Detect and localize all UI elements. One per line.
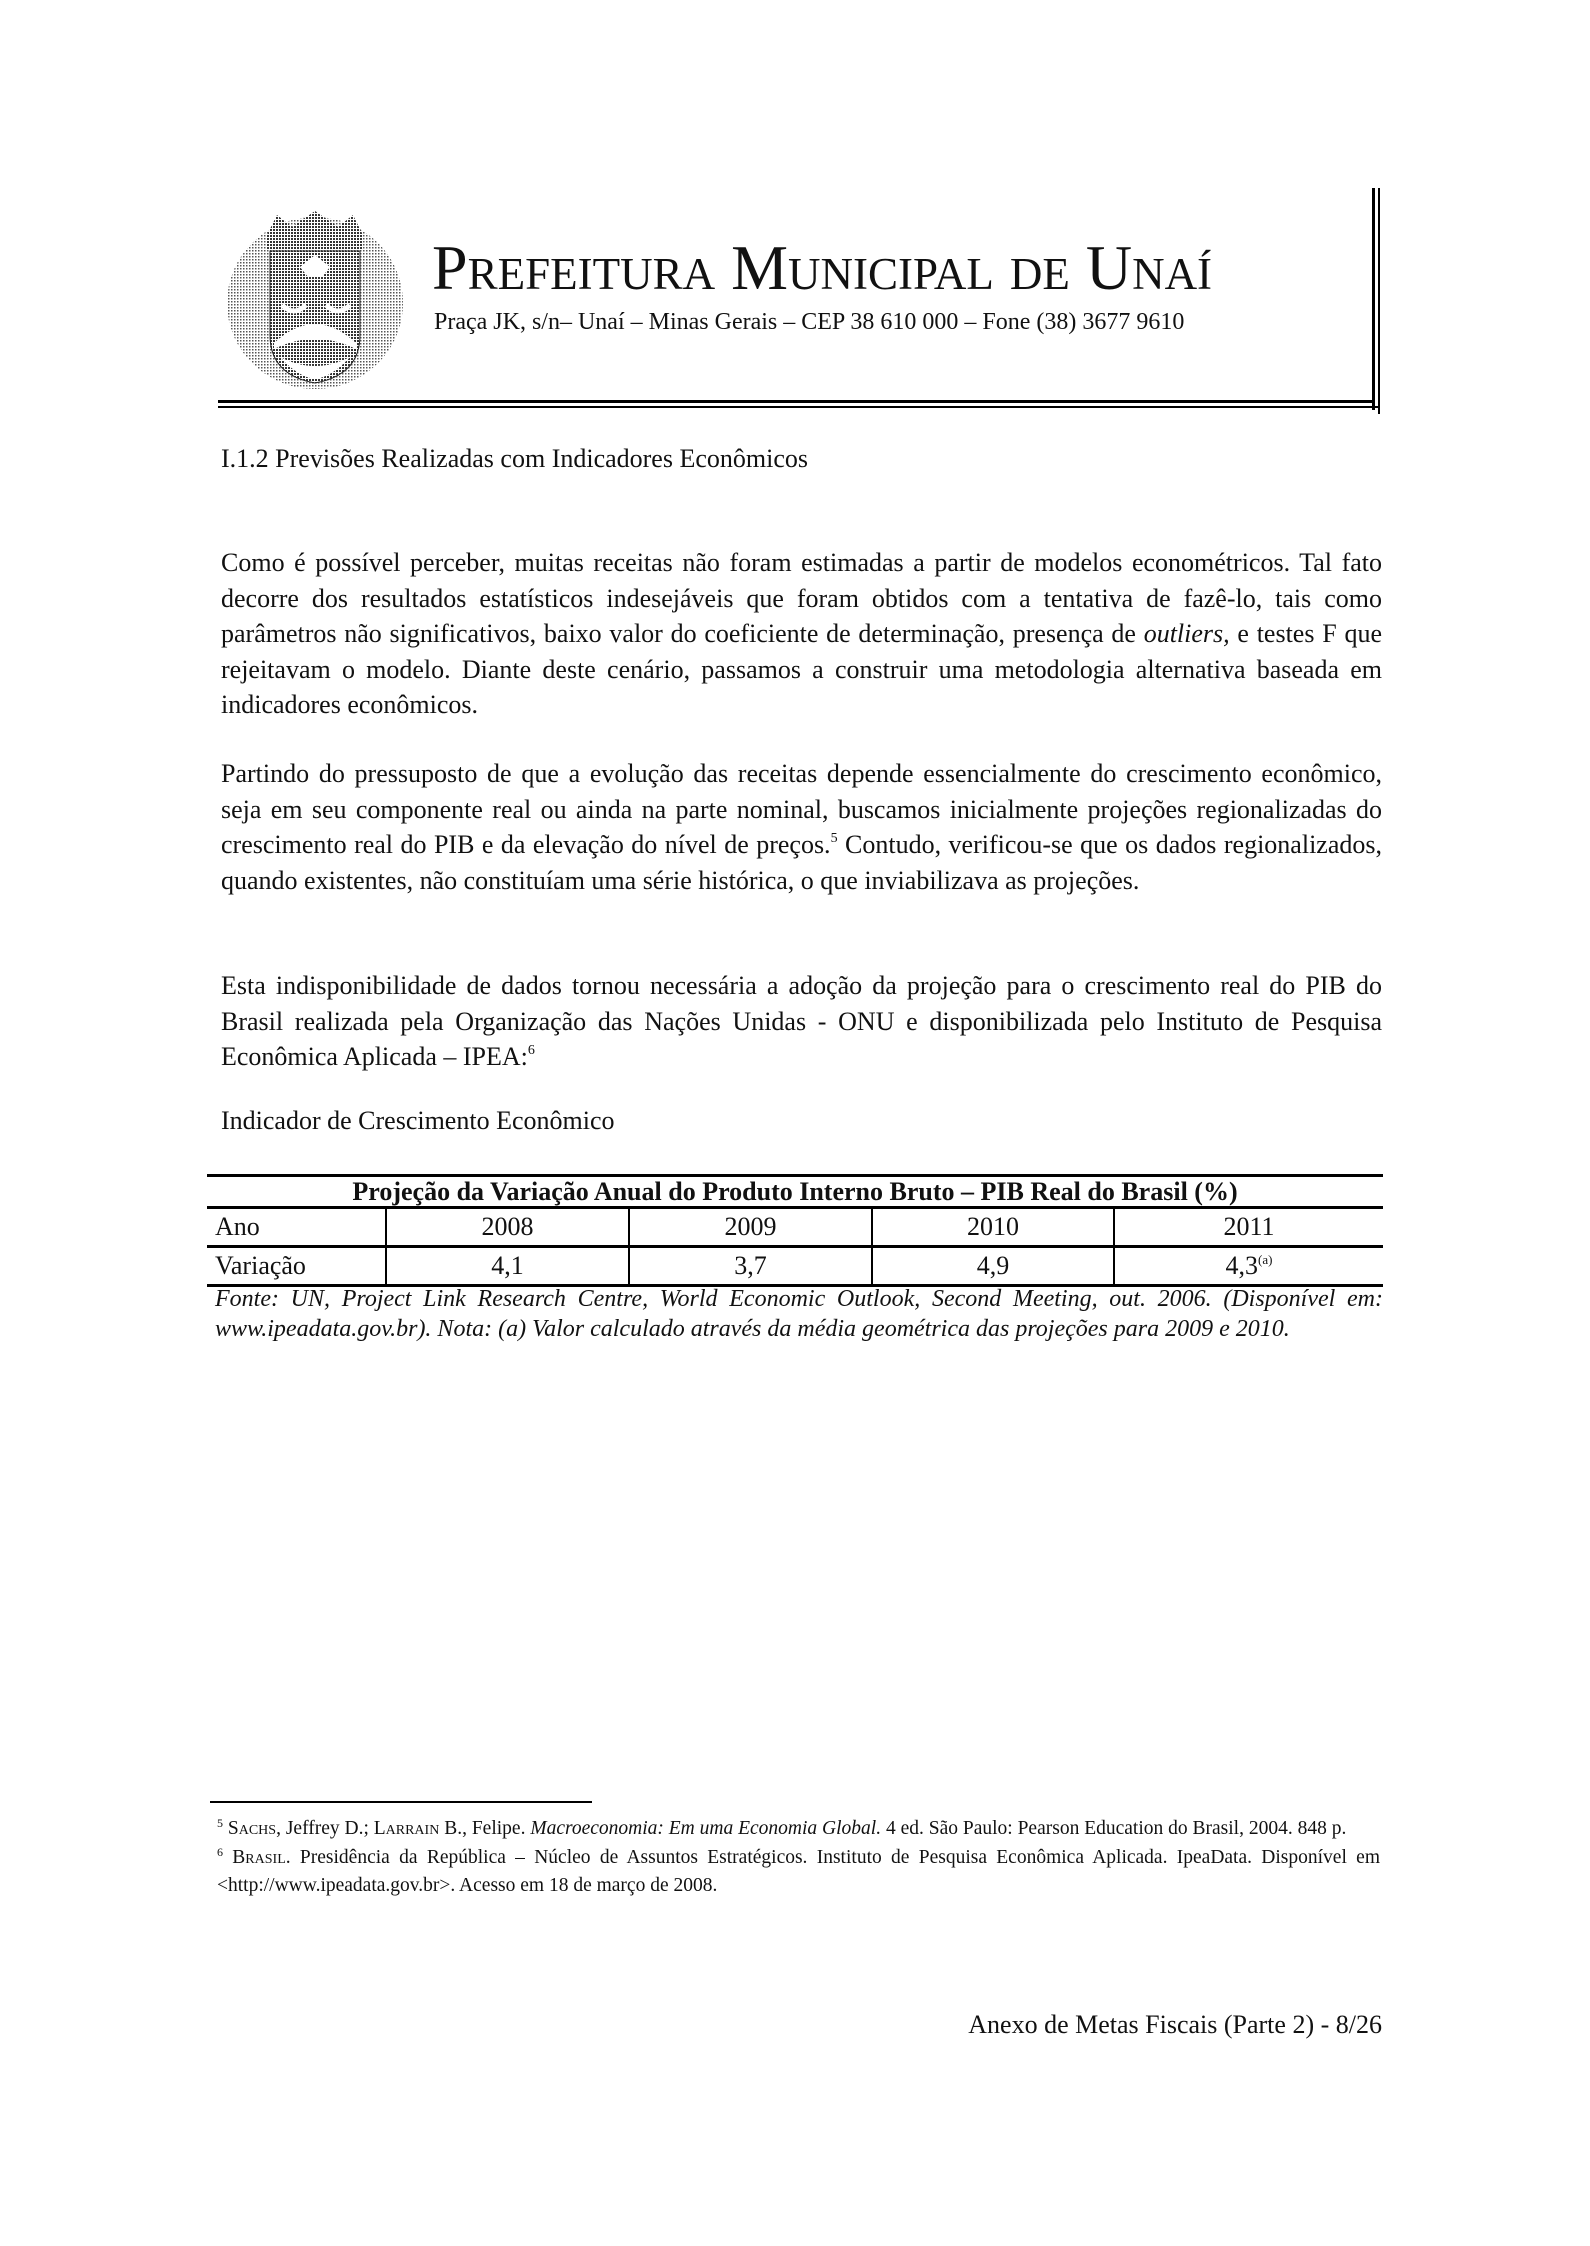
footnote-book-title: Macroeconomia: Em uma Economia Global. — [530, 1818, 881, 1839]
paragraph-data-source: Esta indisponibilidade de dados tornou n… — [221, 968, 1382, 1075]
footnote-text: 4 ed. São Paulo: Pearson Education do Br… — [881, 1818, 1346, 1839]
footnote-number: 6 — [217, 1845, 223, 1859]
paragraph-assumption: Partindo do pressuposto de que a evoluçã… — [221, 756, 1382, 898]
value-text: 4,1 — [491, 1251, 524, 1280]
table-cell-value: 4,9 — [872, 1247, 1114, 1286]
footnote-5: 5 Sachs, Jeffrey D.; Larrain B., Felipe.… — [217, 1815, 1380, 1844]
value-text: 4,9 — [977, 1251, 1010, 1280]
header-border-right — [1372, 188, 1375, 410]
table-cell-year: 2008 — [386, 1208, 629, 1247]
header-border-right-outer — [1378, 188, 1380, 414]
table-title-row: Projeção da Variação Anual do Produto In… — [207, 1176, 1383, 1208]
paragraph-methodology: Como é possível perceber, muitas receita… — [221, 545, 1382, 723]
footnote-author: Larrain — [374, 1818, 440, 1839]
table-cell-value: 4,1 — [386, 1247, 629, 1286]
footnote-6: 6 Brasil. Presidência da República – Núc… — [217, 1844, 1380, 1901]
footnote-author: Brasil — [232, 1847, 285, 1868]
table-cell-year: 2010 — [872, 1208, 1114, 1247]
header-border-bottom — [218, 400, 1375, 403]
organization-address: Praça JK, s/n– Unaí – Minas Gerais – CEP… — [434, 310, 1184, 334]
paragraph-italic-term: outliers, — [1144, 619, 1230, 648]
footnote-ref[interactable]: 6 — [528, 1043, 535, 1058]
row-header-variation: Variação — [207, 1247, 386, 1286]
footnote-text: , Jeffrey D.; — [276, 1818, 374, 1839]
table-cell-year: 2011 — [1114, 1208, 1383, 1247]
footnote-separator — [210, 1801, 592, 1803]
row-header-year: Ano — [207, 1208, 386, 1247]
footnotes: 5 Sachs, Jeffrey D.; Larrain B., Felipe.… — [217, 1815, 1380, 1901]
table-title: Projeção da Variação Anual do Produto In… — [207, 1176, 1383, 1208]
table-note-marker: (a) — [1258, 1252, 1272, 1267]
footnote-number: 5 — [217, 1816, 223, 1830]
footnote-text: B., Felipe. — [439, 1818, 530, 1839]
table-row-year: Ano 2008 2009 2010 2011 — [207, 1208, 1383, 1247]
table-cell-year: 2009 — [629, 1208, 872, 1247]
table-row-variation: Variação 4,1 3,7 4,9 4,3(a) — [207, 1247, 1383, 1286]
table-source-note: Fonte: UN, Project Link Research Centre,… — [215, 1284, 1383, 1344]
table-cell-value: 4,3(a) — [1114, 1247, 1383, 1286]
value-text: 4,3 — [1226, 1251, 1259, 1280]
indicator-label: Indicador de Crescimento Econômico — [221, 1106, 614, 1136]
organization-title: Prefeitura Municipal de Unaí — [432, 236, 1212, 300]
coat-of-arms-icon — [222, 205, 408, 393]
gdp-projection-table: Projeção da Variação Anual do Produto In… — [207, 1174, 1383, 1287]
table-cell-value: 3,7 — [629, 1247, 872, 1286]
footnote-ref[interactable]: 5 — [831, 831, 838, 846]
footnote-author: Sachs — [228, 1818, 276, 1839]
footnote-text: . Presidência da República – Núcleo de A… — [217, 1847, 1380, 1897]
page-footer: Anexo de Metas Fiscais (Parte 2) - 8/26 — [882, 2010, 1382, 2040]
section-heading: I.1.2 Previsões Realizadas com Indicador… — [221, 444, 808, 474]
paragraph-text: Esta indisponibilidade de dados tornou n… — [221, 971, 1382, 1071]
header-border-bottom-outer — [218, 406, 1380, 408]
value-text: 3,7 — [734, 1251, 767, 1280]
